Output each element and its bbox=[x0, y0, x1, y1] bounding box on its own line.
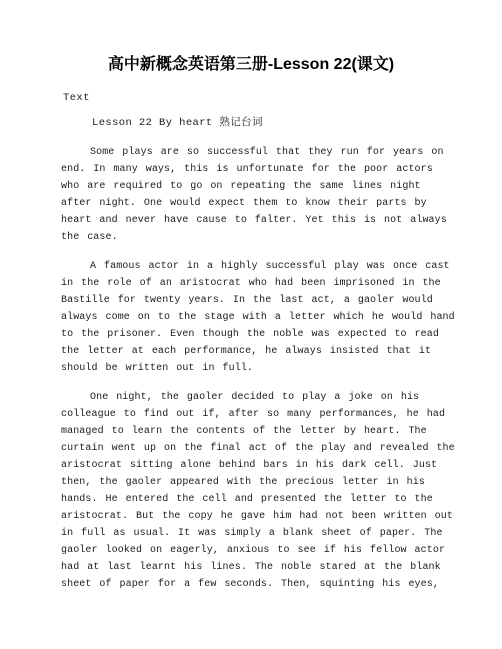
paragraph-1: Some plays are so successful that they r… bbox=[61, 144, 482, 246]
document-title: 高中新概念英语第三册-Lesson 22(课文) bbox=[10, 52, 492, 78]
document-page: 高中新概念英语第三册-Lesson 22(课文) Text Lesson 22 … bbox=[0, 0, 502, 649]
paragraph-3: One night, the gaoler decided to play a … bbox=[61, 389, 482, 593]
section-label-text: Text bbox=[63, 90, 502, 107]
lesson-heading: Lesson 22 By heart 熟记台词 bbox=[92, 115, 502, 132]
paragraph-2: A famous actor in a highly successful pl… bbox=[61, 258, 482, 377]
